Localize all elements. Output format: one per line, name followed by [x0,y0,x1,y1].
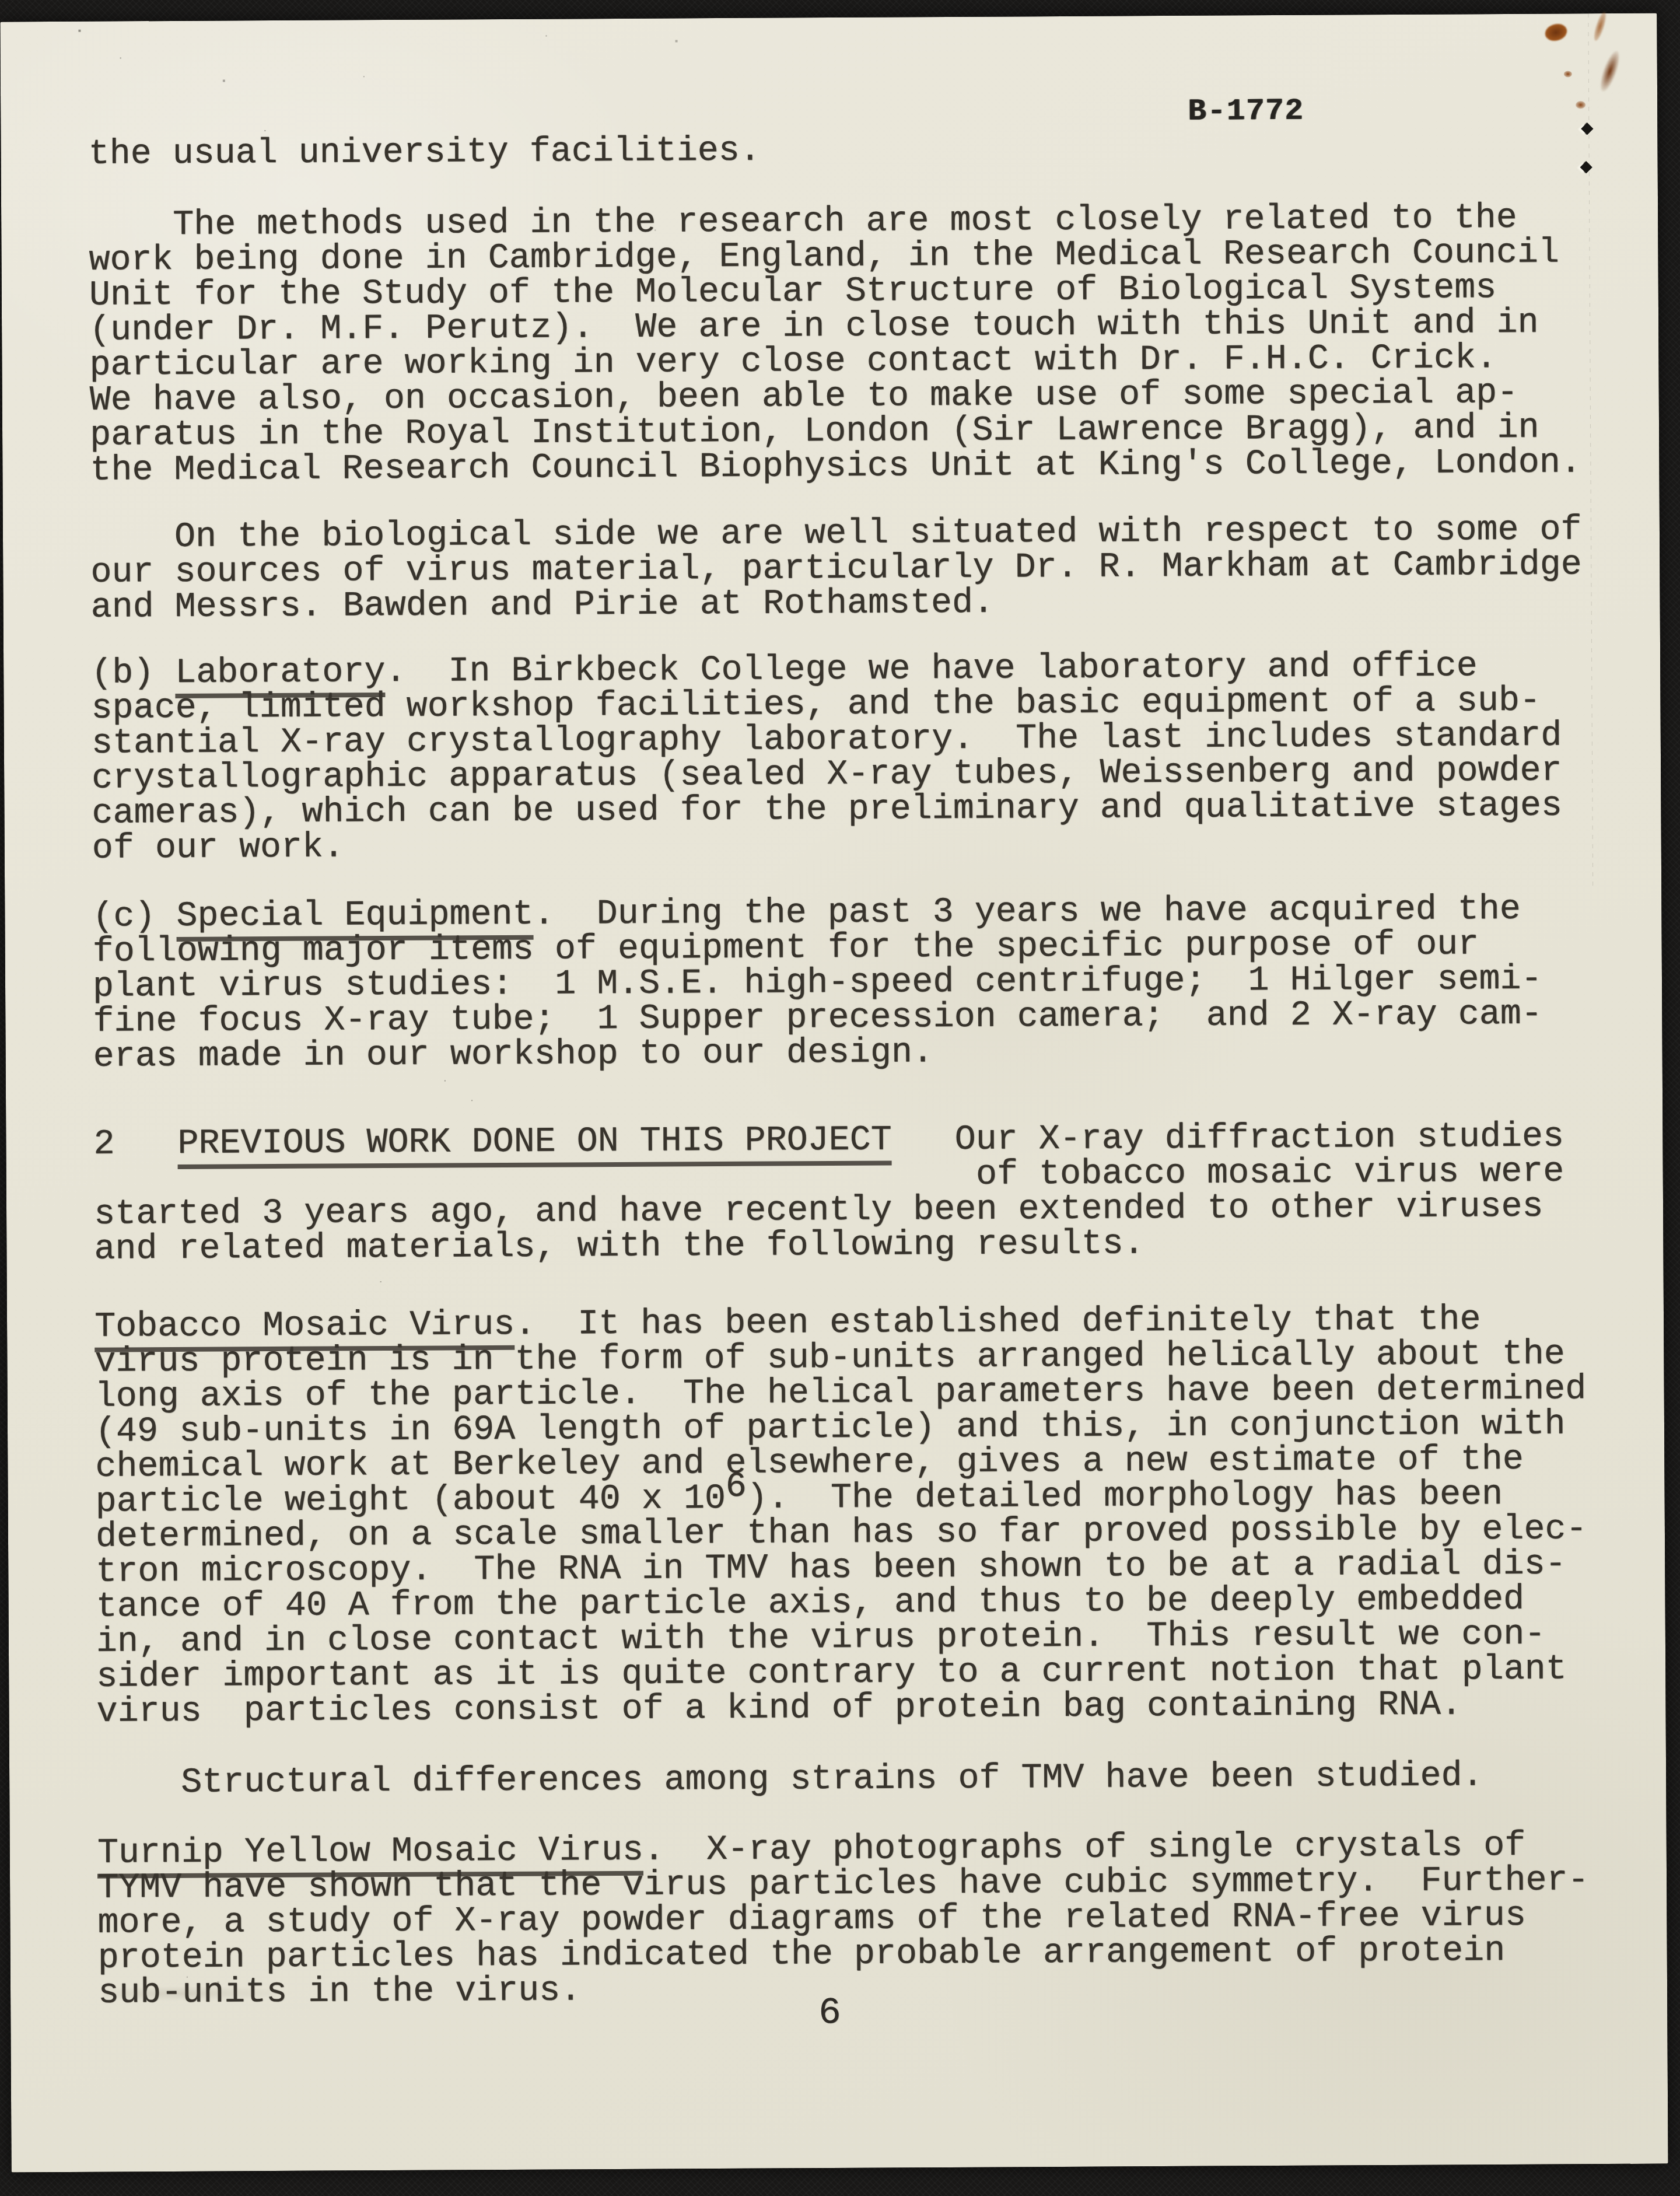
rust-stain [1597,48,1623,93]
text-segment: and Messrs. Bawden and Pirie at Rothamst… [90,583,994,628]
text-line: and Messrs. Bawden and Pirie at Rothamst… [90,582,1613,625]
text-segment: the Medical Research Council Biophysics … [90,443,1581,490]
text-line: and related materials, with the followin… [94,1224,1616,1267]
text-segment: and related materials, with the followin… [94,1224,1144,1269]
paragraph-structural-differences: Structural differences among strains of … [97,1758,1619,1801]
paragraph-turnip-yellow-mosaic-virus: Turnip Yellow Mosaic Virus. X-ray photog… [97,1828,1621,2011]
text-segment: (c) [92,897,176,937]
text-line: eras made in our workshop to our design. [93,1031,1616,1075]
paragraph-laboratory: (b) Laboratory. In Birkbeck College we h… [91,648,1615,866]
paper-specks [0,22,1,23]
text-segment: virus particles consist of a kind of pro… [96,1685,1462,1732]
paper-smudge [104,1985,296,2002]
text-line: cameras), which can be used for the prel… [92,788,1614,831]
text-segment: Structural differences among strains of … [97,1756,1483,1803]
text-segment: cameras), which can be used for the prel… [92,786,1562,833]
paragraph-special-equipment: (c) Special Equipment. During the past 3… [92,891,1616,1075]
paragraph-methods: The methods used in the research are mos… [89,200,1612,488]
text-segment: 2 [93,1124,177,1165]
text-segment: eras made in our workshop to our design. [93,1033,933,1077]
rust-stain [1564,71,1572,77]
photo-background: B-1772 the usual university facilities. … [0,0,1680,2196]
text-segment: protein particles has indicated the prob… [98,1931,1506,1978]
text-line: the Medical Research Council Biophysics … [90,445,1612,488]
paragraph-tobacco-mosaic-virus: Tobacco Mosaic Virus. It has been establ… [94,1302,1619,1730]
paragraph-intro-fragment: the usual university facilities. [88,129,1611,172]
rust-stain [1592,11,1608,41]
rust-stain [1543,22,1569,43]
text-line: protein particles has indicated the prob… [98,1933,1620,1976]
text-line: Structural differences among strains of … [97,1758,1619,1801]
paragraph-biological-side: On the biological side we are well situa… [90,512,1613,625]
rust-stain [1576,101,1585,109]
text-line: of our work. [92,823,1615,866]
document-page: B-1772 the usual university facilities. … [0,13,1668,2173]
section-previous-work: 2 PREVIOUS WORK DONE ON THIS PROJECT Our… [93,1119,1616,1267]
text-segment: (b) [91,653,175,694]
text-segment: of our work. [92,827,344,868]
text-line: sub-units in the virus. [98,1968,1620,2011]
text-segment: the usual university facilities. [88,131,761,174]
text-line: the usual university facilities. [88,129,1611,172]
text-line: virus particles consist of a kind of pro… [96,1687,1619,1730]
superscript-text: 6 [726,1470,747,1505]
page-number: 6 [818,1992,841,2034]
document-code: B-1772 [1188,94,1304,129]
